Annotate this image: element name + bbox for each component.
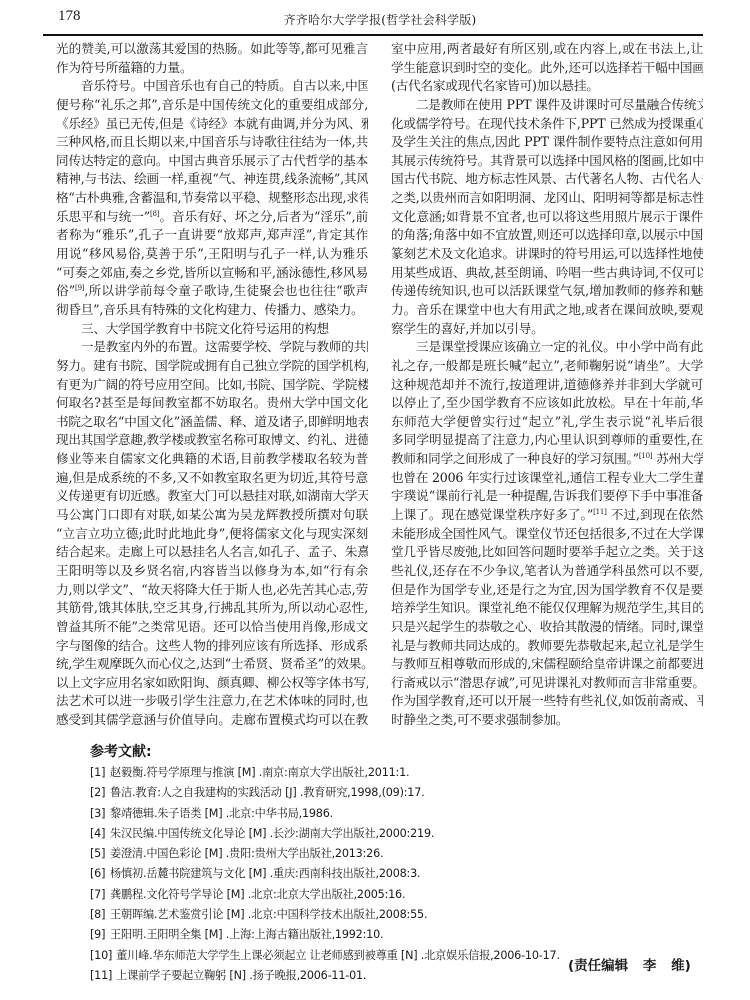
body-line: 文化意涵;如背景不宜者,也可以将这些用照片展示于课件 — [391, 208, 703, 227]
body-line: 二是教师在使用 PPT 课件及讲课时可尽量融合传统文 — [391, 96, 703, 115]
reference-number: [11] — [90, 966, 112, 986]
body-line: 但是作为国学专业,还是行之为宜,因为国学教育不仅是要 — [391, 581, 703, 600]
citation-marker: [11] — [593, 508, 607, 516]
body-line: 以上文字应用名家如欧阳询、颜真卿、柳公权等字体书写,书 — [56, 674, 368, 693]
reference-number: [5] — [90, 844, 106, 864]
reference-text: 黎靖德辑.朱子语类 [M] .北京:中华书局,1986. — [110, 807, 333, 820]
reference-text: 龚鹏程.文化符号学导论 [M] .北京:北京大学出版社,2005:16. — [110, 888, 405, 901]
body-line: 乐思平和与统一”[8]。音乐有好、坏之分,后者为“淫乐”,前 — [56, 208, 368, 227]
reference-text: 王朝晖编.艺术鉴赏引论 [M] .北京:中国科学技术出版社,2008:55. — [110, 908, 427, 921]
body-line: 修业等来自儒家文化典籍的术语,目前教学楼取名较为普 — [56, 450, 368, 469]
body-line: 曾益其所不能”之类常见语。还可以恰当使用肖像,形成文 — [56, 618, 368, 637]
body-line: 义传递更有切近感。教室大门可以悬挂对联,如湖南大学天 — [56, 487, 368, 506]
body-line: 王阳明等以及乡贤名宿,内容皆当以修身为本,如“行有余 — [56, 562, 368, 581]
body-line: 以停止了,至少国学教育不应该如此放松。早在十年前,华 — [391, 394, 703, 413]
body-line: 彻昏旦”,音乐具有特殊的文化构建力、传播力、感染力。 — [56, 301, 368, 320]
body-line: 书院之取名“中国文化”涵盖儒、释、道及诸子,即鲜明地表 — [56, 413, 368, 432]
body-line: 察学生的喜好,并加以引导。 — [391, 320, 703, 339]
body-line: (古代名家或现代名家皆可)加以悬挂。 — [391, 77, 703, 96]
body-line: 光的赞美,可以激荡其爱国的热肠。如此等等,都可见雅言 — [56, 40, 368, 59]
body-line: 东师范大学便曾实行过“起立”礼,学生表示说“礼毕后很 — [391, 413, 703, 432]
reference-text: 朱汉民编.中国传统文化导论 [M] .长沙:湖南大学出版社,2000:219. — [110, 827, 434, 840]
reference-number: [3] — [90, 804, 106, 824]
reference-item: [1]赵毅衡.符号学原理与推演 [M] .南京:南京大学出版社,2011:1. — [90, 763, 690, 783]
right-column: 室中应用,两者最好有所区别,或在内容上,或在书法上,让学生能意识到时空的变化。此… — [391, 40, 703, 730]
body-line: 遍,但是成系统的不多,又不如教室取名更为切近,其符号意 — [56, 469, 368, 488]
reference-number: [1] — [90, 763, 106, 783]
reference-text: 王阳明.王阳明全集 [M] .上海:上海古籍出版社,1992:10. — [110, 928, 383, 941]
body-line: “立言立功立德;此时此地此身”,便将儒家文化与现实深刻 — [56, 525, 368, 544]
body-line: 作为符号所蕴籍的力量。 — [56, 59, 368, 78]
left-column: 光的赞美,可以激荡其爱国的热肠。如此等等,都可见雅言作为符号所蕴籍的力量。音乐符… — [56, 40, 368, 730]
body-line: 也曾在 2006 年实行过该课堂礼,通信工程专业大二学生董 — [391, 469, 703, 488]
reference-item: [2]鲁洁.教育:人之自我建构的实践活动 [J] .教育研究,1998,(09)… — [90, 783, 690, 803]
references-title: 参考文献: — [90, 741, 690, 763]
reference-text: 姜澄清.中国色彩论 [M] .贵阳:贵州大学出版社,2013:26. — [110, 847, 383, 860]
body-line: 未能形成全国性风气。课堂仪节还包括很多,不过在大学课 — [391, 525, 703, 544]
reference-number: [10] — [90, 946, 112, 966]
body-line: 这种规范却并不流行,按道理讲,道德修养并非到大学就可 — [391, 376, 703, 395]
body-line: “可奏之郊庙,奏之乡党,皆所以宣畅和平,涵泳德性,移风易 — [56, 264, 368, 283]
reference-text: 董川峰.华东师范大学学生上课必须起立 让老师感到被尊重 [N] .北京娱乐信报,… — [116, 949, 560, 962]
reference-text: 上课前学子要起立鞠躬 [N] .扬子晚报,2006-11-01. — [116, 969, 366, 982]
body-line: 字与图像的结合。这些人物的排列应该有所选择、形成系 — [56, 637, 368, 656]
reference-text: 鲁洁.教育:人之自我建构的实践活动 [J] .教育研究,1998,(09):17… — [110, 786, 425, 799]
body-line: 宇璞说“课前行礼是一种提醒,告诉我们要停下手中事准备 — [391, 487, 703, 506]
body-line: 些礼仪,还存在不少争议,笔者认为普通学科虽然可以不要, — [391, 562, 703, 581]
citation-marker: [8] — [150, 210, 159, 218]
reference-item: [9]王阳明.王阳明全集 [M] .上海:上海古籍出版社,1992:10. — [90, 925, 690, 945]
citation-marker: [9] — [75, 284, 84, 292]
body-line: 格“古朴典雅,含蓄温和,节奏常以平稳、规整形态出现,求得 — [56, 189, 368, 208]
reference-text: 杨慎初.岳麓书院建筑与文化 [M] .重庆:西南科技出版社,2008:3. — [110, 867, 420, 880]
editor-credit: (责任编辑 李 维) — [568, 954, 691, 974]
body-line: 其展示传统符号。其背景可以选择中国风格的图画,比如中 — [391, 152, 703, 171]
body-line: 篆刻艺术及文化追求。讲课时的符号用运,可以选择性地使 — [391, 245, 703, 264]
body-line: 教师和同学之间形成了一种良好的学习氛围。”[10] 苏州大学 — [391, 450, 703, 469]
body-line: 有更为广阔的符号应用空间。比如,书院、国学院、学院楼如 — [56, 376, 368, 395]
reference-item: [7]龚鹏程.文化符号学导论 [M] .北京:北京大学出版社,2005:16. — [90, 885, 690, 905]
body-line: 何取名?甚至是每间教室都不妨取名。贵州大学中国文化 — [56, 394, 368, 413]
body-line: 其筋骨,饿其体肤,空乏其身,行拂乱其所为,所以动心忍性, — [56, 599, 368, 618]
body-line: 国古代书院、地方标志性风景、古代著名人物、古代名人书法 — [391, 170, 703, 189]
body-line: 努力。建有书院、国学院或拥有自己独立学院的国学机构, — [56, 357, 368, 376]
body-line: 与教师互相尊敬而形成的,宋儒程颐给皇帝讲课之前都要进 — [391, 655, 703, 674]
body-line: 及学生关注的焦点,因此 PPT 课件制作要特点注意如何用 — [391, 133, 703, 152]
body-line: 上课了。现在感觉课堂秩序好多了。”[11] 不过,到现在依然 — [391, 506, 703, 525]
body-line: 同传达特定的意向。中国古典音乐展示了古代哲学的基本 — [56, 152, 368, 171]
body-line: 堂几乎皆尽废弛,比如回答问题时要举手起立之类。关于这 — [391, 543, 703, 562]
reference-number: [8] — [90, 905, 106, 925]
reference-item: [6]杨慎初.岳麓书院建筑与文化 [M] .重庆:西南科技出版社,2008:3. — [90, 864, 690, 884]
references-list: [1]赵毅衡.符号学原理与推演 [M] .南京:南京大学出版社,2011:1.[… — [90, 763, 690, 986]
body-line: 时静坐之类,可不要求强制参加。 — [391, 711, 703, 730]
body-line: 三、大学国学教育中书院文化符号运用的构想 — [56, 320, 368, 339]
body-line: 《乐经》虽已无传,但是《诗经》本就有曲调,并分为风、雅、颂 — [56, 115, 368, 134]
body-line: 培养学生知识。课堂礼绝不能仅仅理解为规范学生,其目的 — [391, 599, 703, 618]
body-line: 作为国学教育,还可以开展一些特有些礼仪,如饭前斋戒、平 — [391, 692, 703, 711]
body-line: 感受到其儒学意涵与价值导向。走廊布置模式均可以在教 — [56, 711, 368, 730]
reference-item: [4]朱汉民编.中国传统文化导论 [M] .长沙:湖南大学出版社,2000:21… — [90, 824, 690, 844]
page-header: 178 齐齐哈尔大学学报(哲学社会科学版) — [58, 4, 702, 32]
reference-item: [5]姜澄清.中国色彩论 [M] .贵阳:贵州大学出版社,2013:26. — [90, 844, 690, 864]
body-line: 结合起来。走廊上可以悬挂名人名言,如孔子、孟子、朱熹、 — [56, 543, 368, 562]
body-line: 只是兴起学生的恭敬之心、收拾其散漫的情绪。同时,课堂 — [391, 618, 703, 637]
body-line: 俗”[9],所以讲学前每令童子歌诗,生徒聚会也也往往“歌声 — [56, 282, 368, 301]
body-line: 现出其国学意趣,教学楼或教室名称可取博文、约礼、进德、 — [56, 431, 368, 450]
body-line: 的角落;角落中如不宜放置,则还可以选择印章,以展示中国 — [391, 226, 703, 245]
body-line: 学生能意识到时空的变化。此外,还可以选择若干幅中国画 — [391, 59, 703, 78]
references-section: 参考文献: [1]赵毅衡.符号学原理与推演 [M] .南京:南京大学出版社,20… — [90, 741, 690, 986]
body-line: 力。音乐在课堂中也大有用武之地,或者在课间放映,要观 — [391, 301, 703, 320]
reference-number: [7] — [90, 885, 106, 905]
body-line: 马公寓门口即有对联,如某公寓为吴龙辉教授所撰对句联 — [56, 506, 368, 525]
body-line: 三是课堂授课应该确立一定的礼仪。中小学中尚有此 — [391, 338, 703, 357]
body-line: 行斋戒以示“潜思存诚”,可见讲课礼对教师而言非常重要。 — [391, 674, 703, 693]
journal-title: 齐齐哈尔大学学报(哲学社会科学版) — [58, 11, 702, 28]
body-line: 统,学生观摩既久而心仪之,达到“士希贤、贤希圣”的效果。 — [56, 655, 368, 674]
body-line: 者称为“雅乐”,孔子一直讲要“放郑声,郑声淫”,肯定其作 — [56, 226, 368, 245]
body-line: 精神,与书法、绘画一样,重视“气、神连贯,线条流畅”,其风 — [56, 170, 368, 189]
body-line: 室中应用,两者最好有所区别,或在内容上,或在书法上,让 — [391, 40, 703, 59]
citation-marker: [10] — [639, 452, 653, 460]
body-line: 音乐符号。中国音乐也有自己的特质。自古以来,中国 — [56, 77, 368, 96]
body-line: 三种风格,而且长期以来,中国音乐与诗歌往往结为一体,共 — [56, 133, 368, 152]
body-line: 便号称“礼乐之邦”,音乐是中国传统文化的重要组成部分, — [56, 96, 368, 115]
header-rule — [43, 34, 703, 36]
body-line: 力,则以学文”、“故天将降大任于斯人也,必先苦其心志,劳 — [56, 581, 368, 600]
body-line: 之类,以贵州而言如阳明洞、龙冈山、阳明祠等都是标志性的 — [391, 189, 703, 208]
reference-item: [8]王朝晖编.艺术鉴赏引论 [M] .北京:中国科学技术出版社,2008:55… — [90, 905, 690, 925]
body-line: 化或儒学符号。在现代技术条件下,PPT 已然成为授课重心 — [391, 115, 703, 134]
reference-number: [6] — [90, 864, 106, 884]
body-line: 礼是与教师共同达成的。教师要先恭敬起来,起立礼是学生 — [391, 637, 703, 656]
body-line: 法艺术可以进一步吸引学生注意力,在艺术体味的同时,也 — [56, 692, 368, 711]
reference-number: [4] — [90, 824, 106, 844]
body-line: 用说“移风易俗,莫善于乐”,王阳明与孔子一样,认为雅乐 — [56, 245, 368, 264]
reference-number: [9] — [90, 925, 106, 945]
reference-text: 赵毅衡.符号学原理与推演 [M] .南京:南京大学出版社,2011:1. — [110, 766, 409, 779]
body-line: 礼之存,一般都是班长喊“起立”,老师鞠躬说“请坐”。大学 — [391, 357, 703, 376]
body-line: 一是教室内外的布置。这需要学校、学院与教师的共同 — [56, 338, 368, 357]
body-line: 多同学明显提高了注意力,内心里认识到尊师的重要性,在 — [391, 431, 703, 450]
body-line: 用某些成语、典故,甚至朗诵、吟唱一些古典诗词,不仅可以 — [391, 264, 703, 283]
reference-item: [3]黎靖德辑.朱子语类 [M] .北京:中华书局,1986. — [90, 804, 690, 824]
body-line: 传递传统知识,也可以活跃课堂气氛,增加教师的修养和魅 — [391, 282, 703, 301]
reference-number: [2] — [90, 783, 106, 803]
